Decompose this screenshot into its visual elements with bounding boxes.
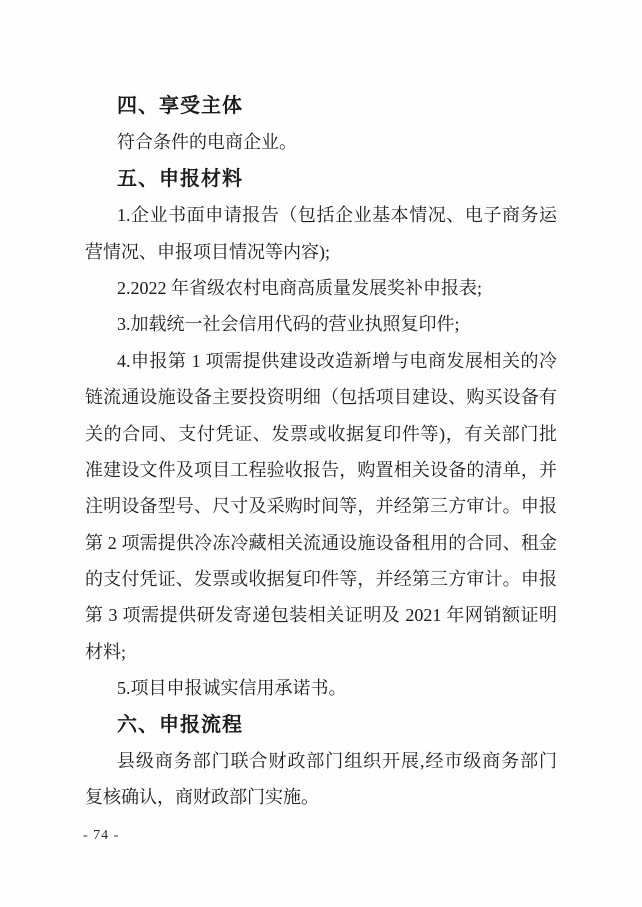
material-item-4-line-8: 第 3 项需提供研发寄递包装相关证明及 2021 年网销额证明 xyxy=(85,597,557,633)
section-6-body-line-1: 县级商务部门联合财政部门组织开展,经市级商务部门 xyxy=(85,743,557,779)
section-4-body-line-1: 符合条件的电商企业。 xyxy=(85,124,557,160)
material-item-4-line-6: 第 2 项需提供冷冻冷藏相关流通设施设备租用的合同、租金 xyxy=(85,525,557,561)
material-item-4-line-5: 注明设备型号、尺寸及采购时间等，并经第三方审计。申报 xyxy=(85,488,557,524)
material-item-5-line-1: 5.项目申报诚实信用承诺书。 xyxy=(85,670,557,706)
material-item-1-line-1: 1.企业书面申请报告（包括企业基本情况、电子商务运 xyxy=(85,197,557,233)
material-item-1-line-2: 营情况、申报项目情况等内容); xyxy=(85,234,557,270)
material-item-2-line-1: 2.2022 年省级农村电商高质量发展奖补申报表; xyxy=(85,270,557,306)
material-item-4-line-7: 的支付凭证、发票或收据复印件等，并经第三方审计。申报 xyxy=(85,561,557,597)
page-number: - 74 - xyxy=(83,828,119,844)
material-item-4-line-3: 关的合同、支付凭证、发票或收据复印件等)，有关部门批 xyxy=(85,416,557,452)
section-6-heading-line-1: 六、申报流程 xyxy=(85,707,557,743)
material-item-3-line-1: 3.加载统一社会信用代码的营业执照复印件; xyxy=(85,306,557,342)
document-page: 四、享受主体符合条件的电商企业。五、申报材料1.企业书面申请报告（包括企业基本情… xyxy=(0,0,642,907)
section-4-heading-line-1: 四、享受主体 xyxy=(85,88,557,124)
material-item-4-line-2: 链流通设施设备主要投资明细（包括项目建设、购买设备有 xyxy=(85,379,557,415)
material-item-4-line-1: 4.申报第 1 项需提供建设改造新增与电商发展相关的冷 xyxy=(85,343,557,379)
section-6-body-line-2: 复核确认，商财政部门实施。 xyxy=(85,779,557,815)
material-item-4-line-9: 材料; xyxy=(85,634,557,670)
section-5-heading-line-1: 五、申报材料 xyxy=(85,161,557,197)
document-body: 四、享受主体符合条件的电商企业。五、申报材料1.企业书面申请报告（包括企业基本情… xyxy=(85,88,557,816)
material-item-4-line-4: 准建设文件及项目工程验收报告，购置相关设备的清单，并 xyxy=(85,452,557,488)
